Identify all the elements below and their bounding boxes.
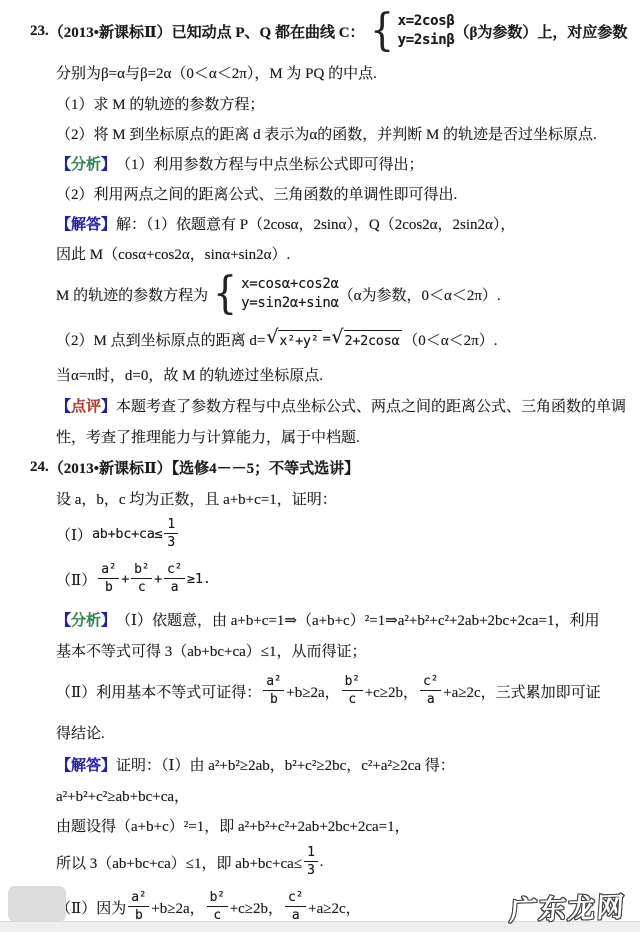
fraction-denominator: a	[427, 691, 435, 708]
q24-fin-pre: （Ⅱ）因为	[56, 897, 126, 918]
q24-part1-statement: （Ⅰ） ab+bc+ca≤ 1 3	[0, 514, 640, 554]
fraction-one-third: 1 3	[304, 845, 318, 878]
q23-analysis2-text: （2）利用两点之间的距离公式、三角函数的单调性即可得出.	[56, 183, 457, 204]
q24-ana2-t2: +c≥2b，	[365, 681, 418, 702]
fraction-b2-c: b² c	[207, 890, 228, 923]
q23-trajectory-equation: M 的轨迹的参数方程为 { x=cosα+cos2α y=sin2α+sinα …	[0, 268, 640, 320]
q23-comment-line1: 【点评】 本题考查了参数方程与中点坐标公式、两点之间的距离公式、三角函数的单调	[0, 390, 640, 420]
fraction-numerator: b²	[207, 890, 228, 907]
fraction-numerator: 1	[304, 845, 318, 862]
bracket-open: 【	[56, 157, 71, 173]
comment-label: 【点评】	[56, 395, 116, 416]
q23-dist-pre: （2）M 点到坐标原点的距离 d=	[56, 329, 265, 350]
answer-label-text: 解答	[71, 758, 101, 774]
fraction-a2-b: a² b	[128, 890, 149, 923]
q24-analysis2-text: 基本不等式可得 3（ab+bc+ca）≤1，从而得证；	[56, 640, 367, 661]
q23-analysis-line2: （2）利用两点之间的距离公式、三角函数的单调性即可得出.	[0, 178, 640, 208]
sqrt-expression: √ 2+2cosα	[331, 330, 402, 349]
radical-icon: √	[266, 328, 278, 347]
fraction-numerator: b²	[342, 674, 363, 691]
q24-setup-text: 设 a，b，c 均为正数，且 a+b+c=1，证明：	[56, 488, 337, 509]
q23-line2-text: 分别为β=α与β=2α（0＜α＜2π），M 为 PQ 的中点.	[56, 62, 377, 83]
fraction-denominator: a	[171, 579, 179, 596]
q24-ana2b-text: 得结论.	[56, 722, 105, 743]
q24-sol4-post: .	[320, 854, 324, 871]
q23-trajectory-system: x=cosα+cos2α y=sin2α+sinα	[241, 275, 339, 313]
q23-comment2-text: 性，考查了推理能力与计算能力，属于中档题.	[56, 426, 360, 447]
q24-p1-pre: （Ⅰ）	[56, 524, 92, 545]
fraction-denominator: 3	[307, 862, 315, 879]
fraction-c2-a: c² a	[420, 674, 441, 707]
q24-title-text: （2013•新课标Ⅱ）【选修4－－5；不等式选讲】	[49, 457, 359, 478]
q23-traj-pre: M 的轨迹的参数方程为	[56, 284, 208, 305]
fraction-a2-b: a² b	[263, 674, 284, 707]
fraction-denominator: b	[105, 579, 113, 596]
fraction-c2-a: c² a	[285, 890, 306, 923]
q23-part2-text: （2）将 M 到坐标原点的距离 d 表示为α的函数，并判断 M 的轨迹是否过坐标…	[56, 123, 597, 144]
q23-comment-line2: 性，考查了推理能力与计算能力，属于中档题.	[0, 420, 640, 452]
q24-answer-line1: 【解答】 证明：（Ⅰ）由 a²+b²≥2ab，b²+c²≥2bc，c²+a²≥2…	[0, 748, 640, 780]
system-line-1: x=2cosβ	[398, 12, 455, 31]
fraction-numerator: a²	[263, 674, 284, 691]
plus-sign: +	[154, 571, 162, 587]
q24-ana2-pre: （Ⅱ）利用基本不等式可证得：	[56, 681, 261, 702]
q23-part2: （2）将 M 到坐标原点的距离 d 表示为α的函数，并判断 M 的轨迹是否过坐标…	[0, 118, 640, 148]
q24-solution2-text: a²+b²+c²≥ab+bc+ca，	[56, 785, 189, 806]
q24-ana2-t3: +a≥2c，三式累加即可证	[443, 681, 601, 702]
q24-solution3-text: 由题设得（a+b+c）²=1，即 a²+b²+c²+2ab+2bc+2ca=1，	[56, 815, 410, 836]
q24-analysis-line1: 【分析】 （Ⅰ）依题意，由 a+b+c=1⇒（a+b+c）²=1⇒a²+b²+c…	[0, 604, 640, 634]
fraction-numerator: a²	[98, 562, 119, 579]
fraction-numerator: c²	[285, 890, 306, 907]
q24-ana2-t1: +b≥2a，	[286, 681, 339, 702]
q23-dist-post: （0＜α＜2π）.	[403, 329, 497, 350]
q24-number: 24.	[30, 459, 49, 476]
q23-traj-post: （α为参数，0＜α＜2π）.	[339, 284, 501, 305]
fraction-one-third: 1 3	[164, 517, 178, 550]
fraction-denominator: c	[138, 579, 146, 596]
fraction-denominator: b	[270, 691, 278, 708]
q24-sol4-pre: 所以 3（ab+bc+ca）≤1，即 ab+bc+ca≤	[56, 852, 302, 873]
q23-analysis1-text: （1）利用参数方程与中点坐标公式即可得出；	[116, 153, 424, 174]
fraction-denominator: c	[348, 691, 356, 708]
q23-solution5: 当α=π时，d=0，故 M 的轨迹过坐标原点.	[0, 358, 640, 390]
q24-p2-post: ≥1.	[187, 571, 210, 587]
q24-setup: 设 a，b，c 均为正数，且 a+b+c=1，证明：	[0, 482, 640, 514]
bracket-open: 【	[56, 399, 71, 415]
bracket-open: 【	[56, 217, 71, 233]
answer-label-text: 解答	[71, 217, 101, 233]
q23-solution1-text: 解：（1）依题意有 P（2cosα，2sinα），Q（2cos2α，2sin2α…	[116, 213, 515, 234]
comment-label-text: 点评	[71, 399, 101, 415]
document-page: 23.（2013•新课标Ⅱ）已知动点 P、Q 都在曲线 C： { x=2cosβ…	[0, 0, 640, 932]
analysis-label: 【分析】	[56, 609, 116, 630]
q24-fin-t1: +b≥2a，	[151, 897, 204, 918]
sqrt-expression: √ x²+y²	[266, 330, 321, 349]
radicand: x²+y²	[278, 330, 321, 349]
q23-part1: （1）求 M 的轨迹的参数方程；	[0, 88, 640, 118]
bracket-close: 】	[101, 399, 116, 415]
plus-sign: +	[121, 571, 129, 587]
q23-line2: 分别为β=α与β=2α（0＜α＜2π），M 为 PQ 的中点.	[0, 56, 640, 88]
site-watermark: 广东龙网	[509, 885, 628, 928]
q23-answer-line1: 【解答】 解：（1）依题意有 P（2cosα，2sinα），Q（2cos2α，2…	[0, 208, 640, 238]
q23-solution2: 因此 M（cosα+cos2α，sinα+sin2α）.	[0, 238, 640, 268]
q23-analysis-line1: 【分析】 （1）利用参数方程与中点坐标公式即可得出；	[0, 148, 640, 178]
q23-distance-equation: （2）M 点到坐标原点的距离 d= √ x²+y² = √ 2+2cosα （0…	[0, 320, 640, 358]
q24-analysis-line3: （Ⅱ）利用基本不等式可证得： a² b +b≥2a， b² c +c≥2b， c…	[0, 666, 640, 716]
bracket-close: 】	[101, 217, 116, 233]
fraction-numerator: c²	[164, 562, 185, 579]
q24-solution4: 所以 3（ab+bc+ca）≤1，即 ab+bc+ca≤ 1 3 .	[0, 840, 640, 884]
fraction-numerator: 1	[164, 517, 178, 534]
radicand: 2+2cosα	[344, 330, 403, 349]
fraction-b2-c: b² c	[131, 562, 152, 595]
fraction-a2-b: a² b	[98, 562, 119, 595]
fraction-c2-a: c² a	[164, 562, 185, 595]
q23-comment1-text: 本题考查了参数方程与中点坐标公式、两点之间的距离公式、三角函数的单调	[116, 395, 626, 416]
bracket-open: 【	[56, 758, 71, 774]
analysis-label-text: 分析	[71, 157, 101, 173]
q23-number: 23.	[30, 23, 49, 40]
q23-intro-pre: （2013•新课标Ⅱ）已知动点 P、Q 都在曲线 C：	[49, 21, 365, 42]
radical-icon: √	[331, 328, 343, 347]
bracket-close: 】	[101, 157, 116, 173]
answer-label: 【解答】	[56, 213, 116, 234]
answer-label: 【解答】	[56, 754, 116, 775]
equals-sign: =	[323, 331, 331, 347]
left-brace-glyph: {	[213, 272, 237, 316]
analysis-label: 【分析】	[56, 153, 116, 174]
left-brace-glyph: {	[370, 9, 394, 53]
gray-placeholder-box	[8, 886, 66, 922]
q23-parametric-system: x=2cosβ y=2sinβ	[398, 12, 455, 50]
q23-part1-text: （1）求 M 的轨迹的参数方程；	[56, 93, 264, 114]
bracket-close: 】	[101, 613, 116, 629]
q24-fin-t2: +c≥2b，	[230, 897, 283, 918]
fraction-numerator: a²	[128, 890, 149, 907]
analysis-label-text: 分析	[71, 613, 101, 629]
q24-analysis-line4: 得结论.	[0, 716, 640, 748]
fraction-b2-c: b² c	[342, 674, 363, 707]
q24-title-line: 24.（2013•新课标Ⅱ）【选修4－－5；不等式选讲】	[0, 452, 640, 482]
fraction-denominator: 3	[167, 534, 175, 551]
system-line-2: y=2sinβ	[398, 31, 455, 50]
q23-solution5-text: 当α=π时，d=0，故 M 的轨迹过坐标原点.	[56, 364, 323, 385]
q24-p2-pre: （Ⅱ）	[56, 569, 96, 590]
q24-solution1-text: 证明：（Ⅰ）由 a²+b²≥2ab，b²+c²≥2bc，c²+a²≥2ca 得：	[116, 754, 455, 775]
q23-intro-post: （β为参数）上，对应参数	[454, 21, 627, 42]
system-line-1: x=cosα+cos2α	[241, 275, 339, 294]
q24-solution3: 由题设得（a+b+c）²=1，即 a²+b²+c²+2ab+2bc+2ca=1，	[0, 810, 640, 840]
q24-fin-t3: +a≥2c，	[308, 897, 361, 918]
fraction-numerator: c²	[420, 674, 441, 691]
q24-solution2: a²+b²+c²≥ab+bc+ca，	[0, 780, 640, 810]
q24-p1-expr: ab+bc+ca≤	[92, 526, 162, 542]
q23-solution2-text: 因此 M（cosα+cos2α，sinα+sin2α）.	[56, 243, 290, 264]
bracket-close: 】	[101, 758, 116, 774]
q24-analysis-line2: 基本不等式可得 3（ab+bc+ca）≤1，从而得证；	[0, 634, 640, 666]
q24-analysis1-text: （Ⅰ）依题意，由 a+b+c=1⇒（a+b+c）²=1⇒a²+b²+c²+2ab…	[116, 609, 599, 630]
q24-part2-statement: （Ⅱ） a² b + b² c + c² a ≥1.	[0, 554, 640, 604]
system-line-2: y=sin2α+sinα	[241, 294, 339, 313]
fraction-numerator: b²	[131, 562, 152, 579]
bracket-open: 【	[56, 613, 71, 629]
q23-intro-line: 23.（2013•新课标Ⅱ）已知动点 P、Q 都在曲线 C： { x=2cosβ…	[0, 6, 640, 56]
